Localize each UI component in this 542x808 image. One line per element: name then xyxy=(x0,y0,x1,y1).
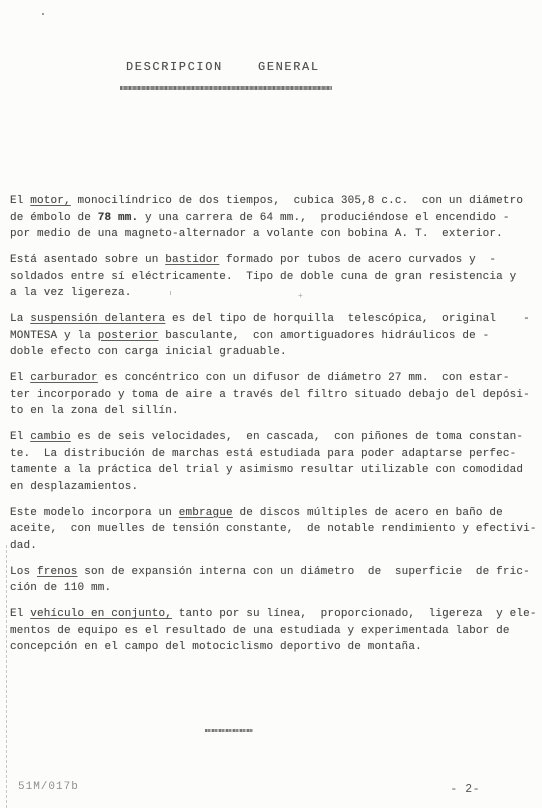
paragraph-cambio: El cambio es de seis velocidades, en cas… xyxy=(10,429,534,495)
scan-speck: + xyxy=(298,292,303,301)
title-underline xyxy=(120,86,332,90)
paragraph-embrague: Este modelo incorpora un embrague de dis… xyxy=(10,505,534,555)
page-number: - 2- xyxy=(450,783,480,796)
scanned-document-page: DESCRIPCION GENERAL El motor, monocilínd… xyxy=(0,0,542,808)
scan-speck xyxy=(170,291,171,295)
paragraph-frenos: Los frenos son de expansión interna con … xyxy=(10,564,534,597)
paragraph-motor: El motor, monocilíndrico de dos tiempos,… xyxy=(10,193,534,243)
document-body: El motor, monocilíndrico de dos tiempos,… xyxy=(10,193,534,665)
doc-reference: 51M/017b xyxy=(18,781,79,793)
page-title: DESCRIPCION GENERAL xyxy=(126,60,320,74)
paragraph-bastidor: Está asentado sobre un bastidor formado … xyxy=(10,252,534,302)
title-block: DESCRIPCION GENERAL xyxy=(126,60,320,74)
scan-speck xyxy=(42,13,44,15)
paragraph-suspension: La suspensión delantera es del tipo de h… xyxy=(10,311,534,361)
paragraph-vehiculo: El vehículo en conjunto, tanto por su lí… xyxy=(10,606,534,656)
scan-edge-artifact xyxy=(6,545,7,808)
end-divider xyxy=(205,729,253,732)
paragraph-carburador: El carburador es concéntrico con un difu… xyxy=(10,370,534,420)
